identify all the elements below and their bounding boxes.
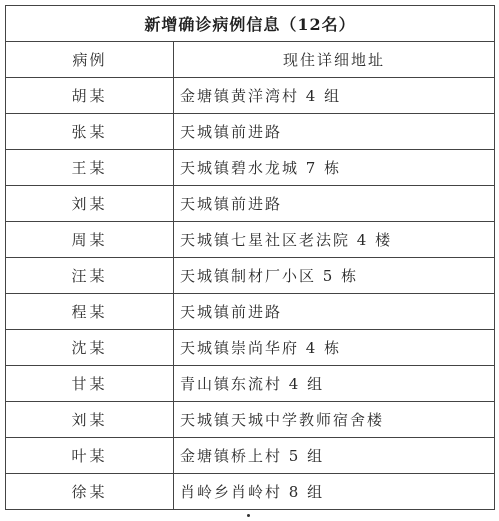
table-row: 刘某 天城镇天城中学教师宿舍楼 (6, 402, 495, 438)
case-name: 刘某 (6, 186, 174, 222)
case-name: 汪某 (6, 258, 174, 294)
case-address: 天城镇七星社区老法院 4 楼 (174, 222, 495, 258)
case-address: 天城镇碧水龙城 7 栋 (174, 150, 495, 186)
table-row: 王某 天城镇碧水龙城 7 栋 (6, 150, 495, 186)
table-title: 新增确诊病例信息（12名） (6, 6, 495, 42)
case-address: 天城镇前进路 (174, 186, 495, 222)
case-name: 刘某 (6, 402, 174, 438)
case-name: 徐某 (6, 474, 174, 510)
table-row: 叶某 金塘镇桥上村 5 组 (6, 438, 495, 474)
case-address: 青山镇东流村 4 组 (174, 366, 495, 402)
case-name: 叶某 (6, 438, 174, 474)
title-row: 新增确诊病例信息（12名） (6, 6, 495, 42)
case-name: 程某 (6, 294, 174, 330)
table-row: 张某 天城镇前进路 (6, 114, 495, 150)
case-name: 张某 (6, 114, 174, 150)
case-address: 金塘镇黄洋湾村 4 组 (174, 78, 495, 114)
column-header-case: 病例 (6, 42, 174, 78)
case-name: 王某 (6, 150, 174, 186)
case-address: 天城镇制材厂小区 5 栋 (174, 258, 495, 294)
case-address: 天城镇前进路 (174, 114, 495, 150)
table-row: 程某 天城镇前进路 (6, 294, 495, 330)
case-address: 天城镇崇尚华府 4 栋 (174, 330, 495, 366)
case-address: 天城镇天城中学教师宿舍楼 (174, 402, 495, 438)
case-address: 天城镇前进路 (174, 294, 495, 330)
table-row: 沈某 天城镇崇尚华府 4 栋 (6, 330, 495, 366)
table-row: 徐某 肖岭乡肖岭村 8 组 (6, 474, 495, 510)
new-cases-table: 新增确诊病例信息（12名） 病例 现住详细地址 胡某 金塘镇黄洋湾村 4 组 张… (5, 5, 495, 510)
column-header-address: 现住详细地址 (174, 42, 495, 78)
case-name: 沈某 (6, 330, 174, 366)
case-address: 金塘镇桥上村 5 组 (174, 438, 495, 474)
table-row: 汪某 天城镇制材厂小区 5 栋 (6, 258, 495, 294)
case-address: 肖岭乡肖岭村 8 组 (174, 474, 495, 510)
table-row: 胡某 金塘镇黄洋湾村 4 组 (6, 78, 495, 114)
table-row: 周某 天城镇七星社区老法院 4 楼 (6, 222, 495, 258)
table-row: 甘某 青山镇东流村 4 组 (6, 366, 495, 402)
table-row: 刘某 天城镇前进路 (6, 186, 495, 222)
case-table-container: 新增确诊病例信息（12名） 病例 现住详细地址 胡某 金塘镇黄洋湾村 4 组 张… (5, 5, 494, 510)
case-name: 胡某 (6, 78, 174, 114)
stray-dot-mark (247, 514, 250, 517)
case-name: 周某 (6, 222, 174, 258)
header-row: 病例 现住详细地址 (6, 42, 495, 78)
case-name: 甘某 (6, 366, 174, 402)
